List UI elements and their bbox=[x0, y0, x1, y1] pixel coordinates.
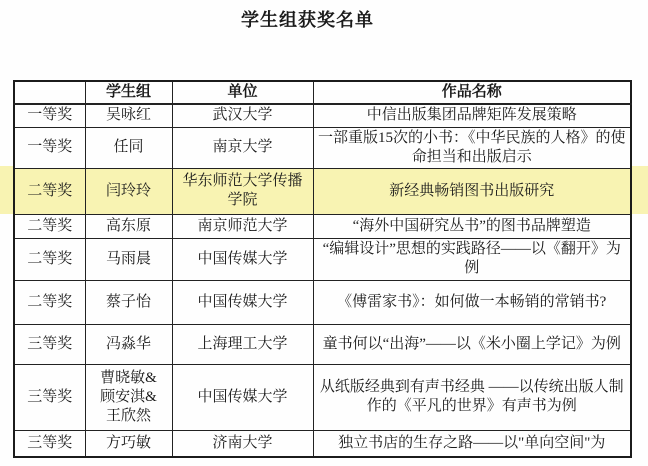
col-header-award bbox=[14, 81, 85, 104]
award-cell: 三等奖 bbox=[14, 324, 85, 364]
work-title-cell: 《傅雷家书》：如何做一本畅销的常销书? bbox=[313, 280, 631, 324]
unit-cell: 中国传媒大学 bbox=[172, 238, 313, 280]
table-row: 二等奖闫玲玲华东师范大学传播学院新经典畅销图书出版研究 bbox=[14, 168, 631, 214]
award-cell: 一等奖 bbox=[14, 127, 85, 168]
unit-cell: 中国传媒大学 bbox=[172, 280, 313, 324]
col-header-unit: 单位 bbox=[172, 81, 313, 104]
work-title-cell: 一部重版15次的小书：《中华民族的人格》的使命担当和出版启示 bbox=[313, 127, 631, 168]
student-name-cell: 蔡子怡 bbox=[85, 280, 172, 324]
unit-cell: 武汉大学 bbox=[172, 104, 313, 127]
unit-cell: 中国传媒大学 bbox=[172, 364, 313, 430]
work-title-cell: 独立书店的生存之路——以"单向空间"为 bbox=[313, 430, 631, 457]
student-name-cell: 吴咏红 bbox=[85, 104, 172, 127]
page-title: 学生组获奖名单 bbox=[0, 6, 615, 32]
table-row: 二等奖马雨晨中国传媒大学“编辑设计”思想的实践路径——以《翻开》为例 bbox=[14, 238, 631, 280]
work-title-cell: 童书何以“出海”——以《米小圈上学记》为例 bbox=[313, 324, 631, 364]
student-name-cell: 曹晓敏& 顾安淇& 王欣然 bbox=[85, 364, 172, 430]
unit-cell: 南京师范大学 bbox=[172, 214, 313, 238]
award-cell: 二等奖 bbox=[14, 238, 85, 280]
unit-cell: 济南大学 bbox=[172, 430, 313, 457]
student-name-cell: 马雨晨 bbox=[85, 238, 172, 280]
col-header-student: 学生组 bbox=[85, 81, 172, 104]
work-title-cell: “编辑设计”思想的实践路径——以《翻开》为例 bbox=[313, 238, 631, 280]
unit-cell: 上海理工大学 bbox=[172, 324, 313, 364]
award-cell: 二等奖 bbox=[14, 214, 85, 238]
work-title-cell: 新经典畅销图书出版研究 bbox=[313, 168, 631, 214]
work-title-cell: 中信出版集团品牌矩阵发展策略 bbox=[313, 104, 631, 127]
col-header-work: 作品名称 bbox=[313, 81, 631, 104]
student-name-cell: 冯淼华 bbox=[85, 324, 172, 364]
unit-cell: 南京大学 bbox=[172, 127, 313, 168]
work-title-cell: 从纸版经典到有声书经典 ——以传统出版人制作的《平凡的世界》有声书为例 bbox=[313, 364, 631, 430]
awards-table: 学生组 单位 作品名称 一等奖吴咏红武汉大学中信出版集团品牌矩阵发展策略一等奖任… bbox=[13, 80, 632, 458]
student-name-cell: 闫玲玲 bbox=[85, 168, 172, 214]
table-row: 一等奖吴咏红武汉大学中信出版集团品牌矩阵发展策略 bbox=[14, 104, 631, 127]
table-row: 一等奖任同南京大学一部重版15次的小书：《中华民族的人格》的使命担当和出版启示 bbox=[14, 127, 631, 168]
table-row: 三等奖方巧敏济南大学独立书店的生存之路——以"单向空间"为 bbox=[14, 430, 631, 457]
table-row: 三等奖冯淼华上海理工大学童书何以“出海”——以《米小圈上学记》为例 bbox=[14, 324, 631, 364]
award-cell: 二等奖 bbox=[14, 280, 85, 324]
award-cell: 一等奖 bbox=[14, 104, 85, 127]
unit-cell: 华东师范大学传播学院 bbox=[172, 168, 313, 214]
award-cell: 三等奖 bbox=[14, 364, 85, 430]
header-row: 学生组 单位 作品名称 bbox=[14, 81, 631, 104]
table-row: 二等奖蔡子怡中国传媒大学《傅雷家书》：如何做一本畅销的常销书? bbox=[14, 280, 631, 324]
work-title-cell: “海外中国研究丛书”的图书品牌塑造 bbox=[313, 214, 631, 238]
award-cell: 二等奖 bbox=[14, 168, 85, 214]
student-name-cell: 任同 bbox=[85, 127, 172, 168]
student-name-cell: 方巧敏 bbox=[85, 430, 172, 457]
award-cell: 三等奖 bbox=[14, 430, 85, 457]
table-body: 一等奖吴咏红武汉大学中信出版集团品牌矩阵发展策略一等奖任同南京大学一部重版15次… bbox=[14, 104, 631, 457]
student-name-cell: 高东原 bbox=[85, 214, 172, 238]
table-row: 二等奖高东原南京师范大学“海外中国研究丛书”的图书品牌塑造 bbox=[14, 214, 631, 238]
table-row: 三等奖曹晓敏& 顾安淇& 王欣然中国传媒大学从纸版经典到有声书经典 ——以传统出… bbox=[14, 364, 631, 430]
